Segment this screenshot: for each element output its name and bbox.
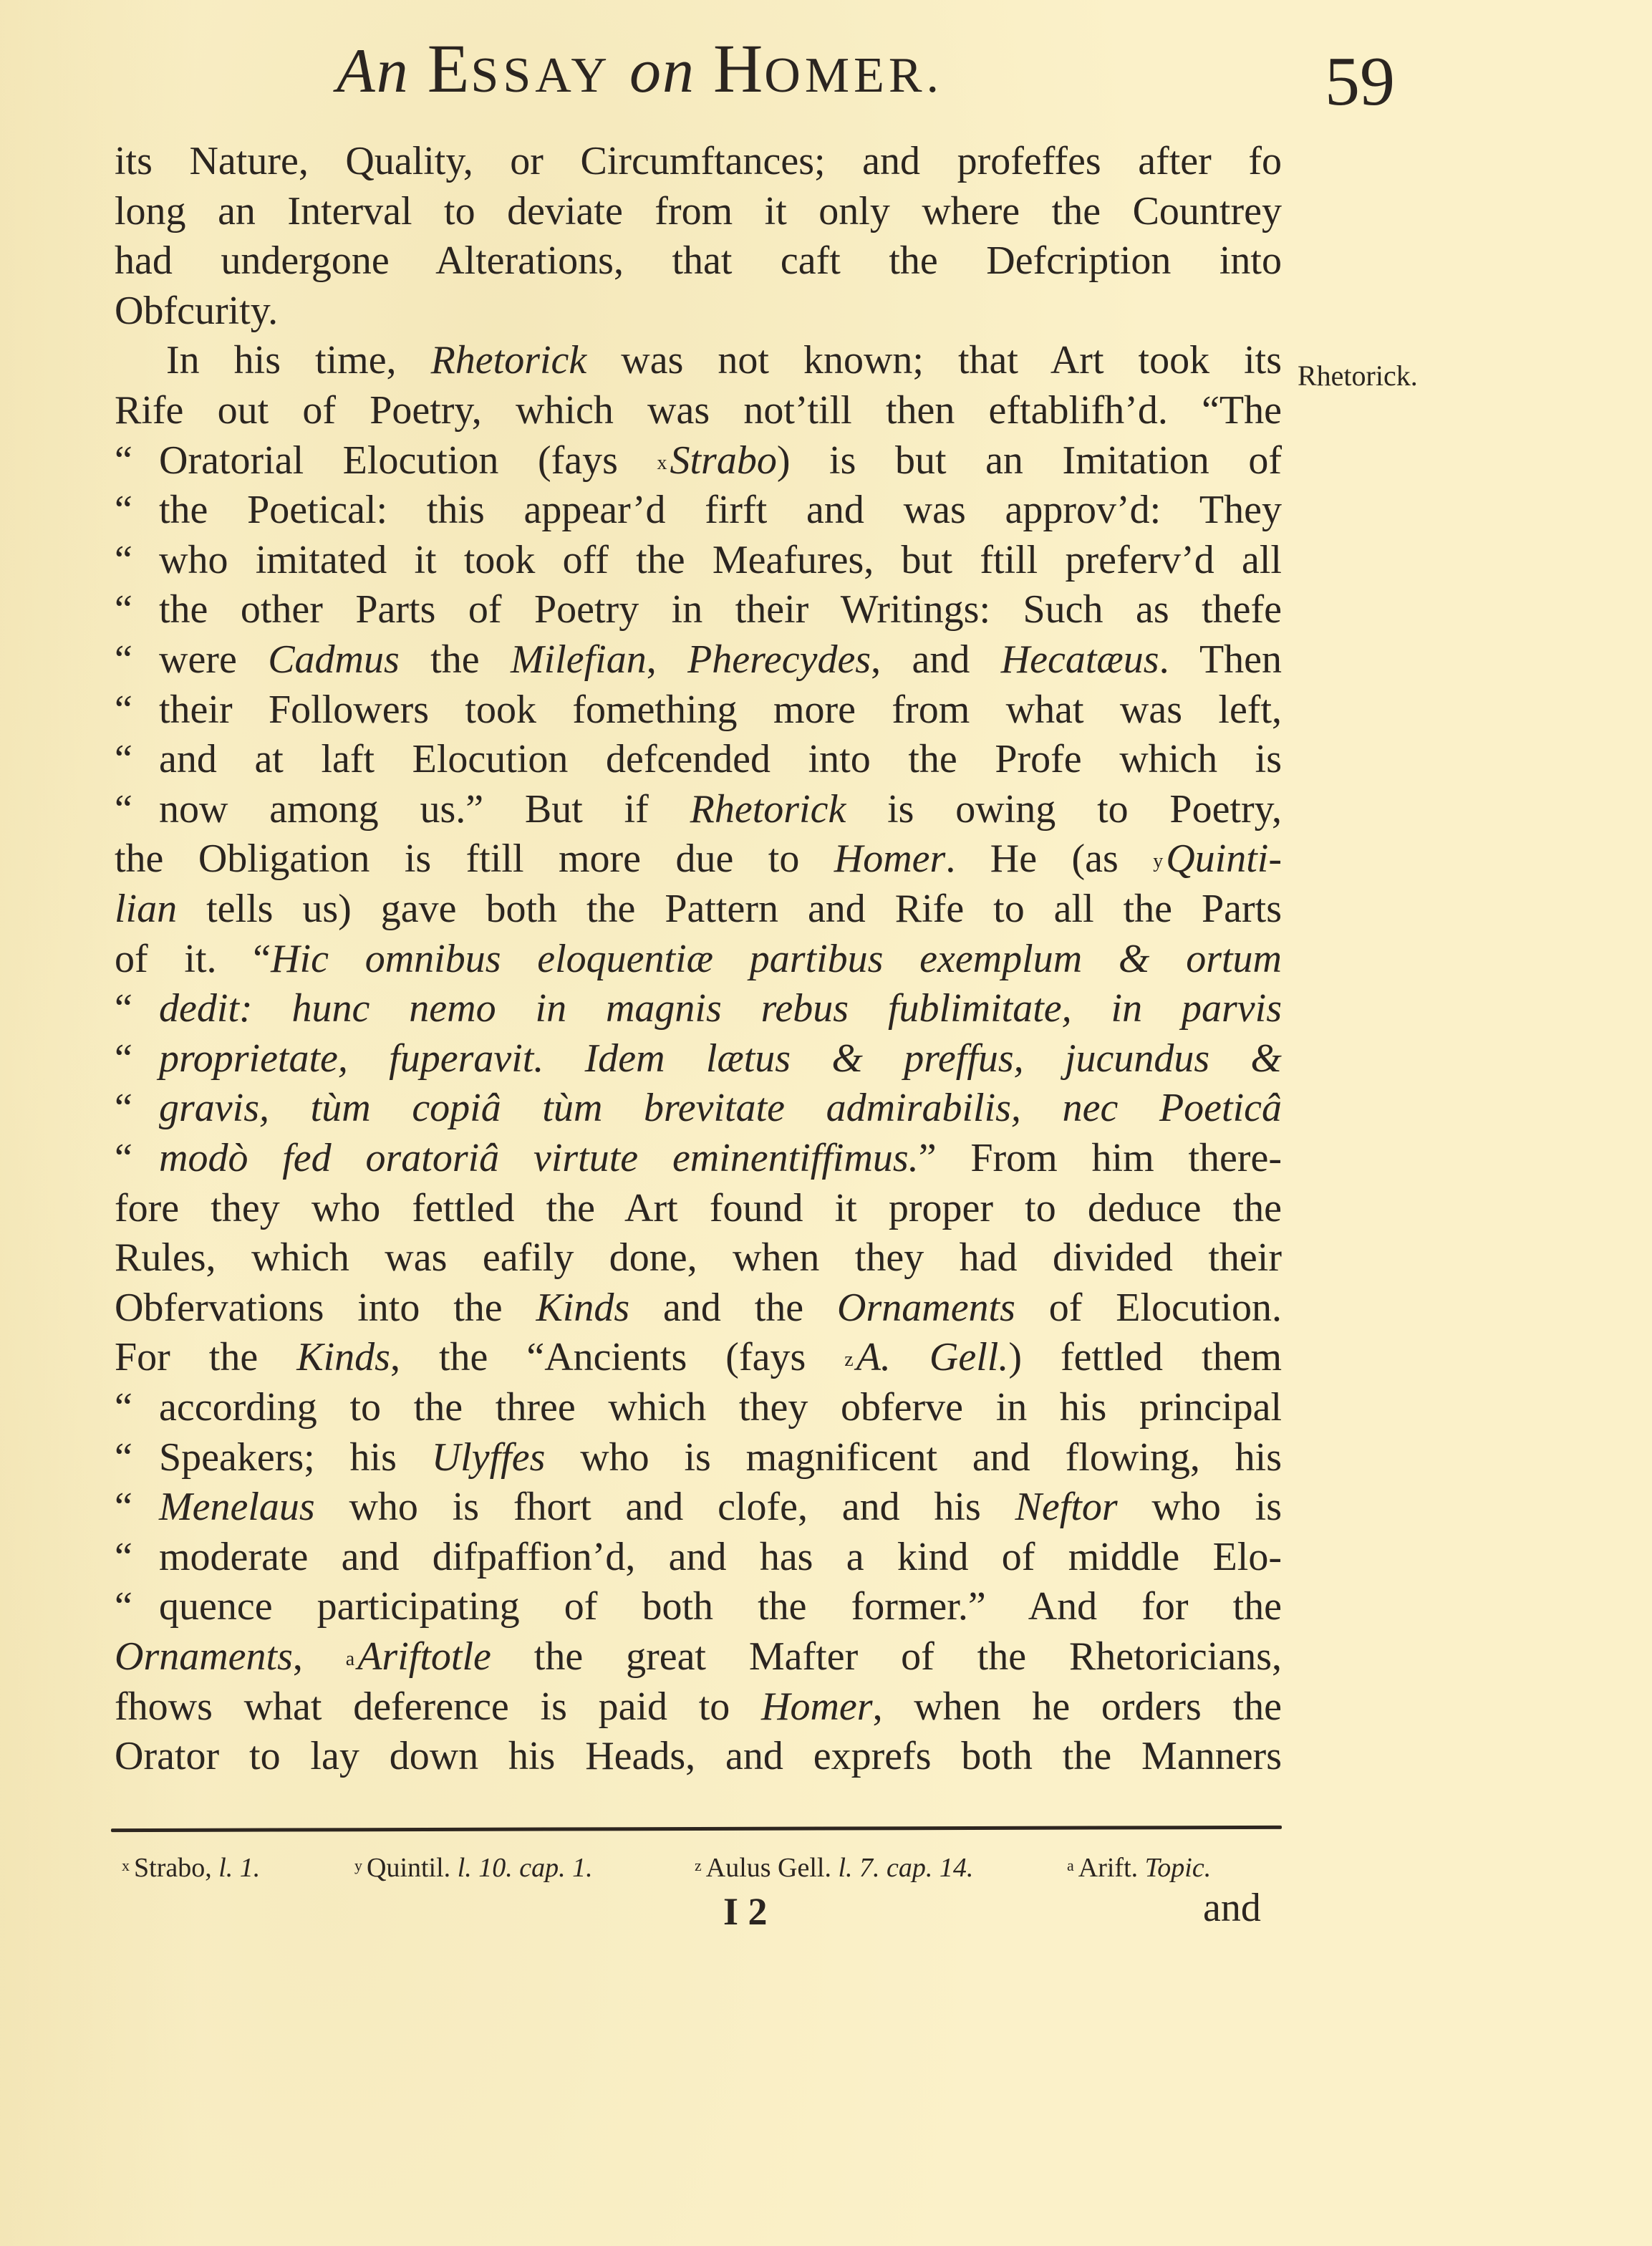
footnote-mark: a [1067, 1856, 1074, 1874]
title-word-homer: OMER. [764, 48, 943, 103]
text-line: Obfcurity. [115, 286, 1282, 336]
text-run: who is [1118, 1485, 1282, 1529]
footnote-source: Strabo, [134, 1853, 218, 1883]
text-run: quence participating of both the former.… [159, 1584, 1282, 1629]
text-run: who is magnificent and flowing, his [545, 1435, 1282, 1480]
quote-mark: “ [115, 635, 159, 685]
text-run: Oratorial Elocution (fays [159, 438, 657, 483]
text-run: Obfcurity. [115, 289, 278, 333]
italic-text: Neftor [1015, 1485, 1118, 1529]
text-run: according to the three which they obferv… [159, 1385, 1282, 1430]
italic-text: lian [115, 887, 177, 931]
footnote-mark: x [122, 1856, 130, 1874]
footnote-source: Aulus Gell. [706, 1853, 839, 1883]
footnote-y: yQuintil. l. 10. cap. 1. [354, 1852, 593, 1884]
text-line: “Oratorial Elocution (fays xStrabo) is b… [115, 435, 1282, 486]
text-line: “Speakers; his Ulyffes who is magnificen… [115, 1432, 1282, 1483]
quote-mark: “ [115, 1033, 159, 1084]
text-run: of it. “ [115, 937, 271, 981]
italic-text: Strabo [670, 438, 776, 483]
title-initial-e: E [428, 30, 471, 107]
text-line: “the other Parts of Poetry in their Writ… [115, 584, 1282, 635]
footnote-mark: y [354, 1856, 362, 1874]
text-run: the great Mafter of the Rhetoricians, [491, 1634, 1282, 1679]
footnote-mark: z [695, 1856, 702, 1874]
text-run: ” From him there- [919, 1136, 1282, 1180]
text-line: of it. “Hic omnibus eloquentiæ partibus … [115, 934, 1282, 984]
text-run: Speakers; his [159, 1435, 432, 1480]
text-run: the Obligation is ftill more due to [115, 837, 834, 881]
quote-mark: “ [115, 685, 159, 735]
quote-mark: “ [115, 734, 159, 784]
title-initial-h: H [713, 30, 764, 107]
text-run: fhows what deference is paid to [115, 1684, 761, 1729]
footnote-source: Arift. [1078, 1853, 1145, 1883]
italic-text: gravis, tùm copiâ tùm brevitate admirabi… [159, 1086, 1282, 1130]
text-line: Rife out of Poetry, which was not’till t… [115, 385, 1282, 435]
quote-mark: “ [115, 1382, 159, 1432]
quote-mark: “ [115, 1532, 159, 1582]
text-line: In his time, Rhetorick was not known; th… [115, 335, 1282, 385]
text-run: In his time, [166, 338, 431, 382]
text-run: tells us) gave both the Pattern and Rife… [177, 887, 1282, 931]
quote-mark: “ [115, 535, 159, 585]
text-line: its Nature, Quality, or Circumftances; a… [115, 136, 1282, 186]
quote-mark: “ [115, 1581, 159, 1632]
text-run: For the [115, 1335, 296, 1379]
italic-text: Ulyffes [432, 1435, 546, 1480]
italic-text: Kinds [536, 1286, 629, 1330]
running-header: An ESSAY on HOMER. 59 [0, 29, 1652, 129]
footnotes: xStrabo, l. 1.yQuintil. l. 10. cap. 1.zA… [122, 1852, 1282, 1888]
text-line: “quence participating of both the former… [115, 1581, 1282, 1632]
text-run: the [400, 637, 511, 682]
text-line: fhows what deference is paid to Homer, w… [115, 1682, 1282, 1732]
text-run: Orator to lay down his Heads, and expref… [115, 1734, 1282, 1778]
text-line: “who imitated it took off the Meafures, … [115, 535, 1282, 585]
text-run: their Followers took fomething more from… [159, 688, 1282, 732]
text-line: “modò fed oratoriâ virtute eminentiffimu… [115, 1133, 1282, 1183]
text-run: and at laft Elocution defcended into the… [159, 737, 1282, 781]
quote-mark: “ [115, 1432, 159, 1483]
text-run: . Then [1159, 637, 1282, 682]
text-line: “their Followers took fomething more fro… [115, 685, 1282, 735]
quote-mark: “ [115, 435, 159, 486]
footnote-reference: l. 7. cap. 14. [838, 1853, 973, 1883]
footnote-marker: x [657, 452, 667, 474]
italic-text: Ornaments [837, 1286, 1015, 1330]
italic-text: proprietate, fuperavit. Idem lætus & pre… [159, 1036, 1282, 1081]
footnote-reference: Topic. [1145, 1853, 1212, 1883]
text-line: “moderate and difpaffion’d, and has a ki… [115, 1532, 1282, 1582]
page-number: 59 [1325, 42, 1395, 122]
text-run: the other Parts of Poetry in their Writi… [159, 587, 1282, 632]
text-run: . He (as [945, 837, 1153, 881]
italic-text: Hecatæus [1001, 637, 1159, 682]
text-run: who imitated it took off the Meafures, b… [159, 538, 1282, 582]
text-run: who is fhort and clofe, and his [315, 1485, 1015, 1529]
text-run: , when he orders the [873, 1684, 1282, 1729]
italic-text: Cadmus [268, 637, 400, 682]
italic-text: Menelaus [159, 1485, 315, 1529]
text-line: “gravis, tùm copiâ tùm brevitate admirab… [115, 1083, 1282, 1133]
text-line: “were Cadmus the Milefian, Pherecydes, a… [115, 635, 1282, 685]
quote-mark: “ [115, 584, 159, 635]
italic-text: Homer [761, 1684, 873, 1729]
italic-text: Ornaments [115, 1634, 293, 1679]
italic-text: Homer [834, 837, 946, 881]
text-run: ) is but an Imitation of [777, 438, 1282, 483]
text-run: its Nature, Quality, or Circumftances; a… [115, 139, 1282, 183]
text-run: ) fettled them [1008, 1335, 1282, 1379]
text-line: “dedit: hunc nemo in magnis rebus fublim… [115, 983, 1282, 1033]
quote-mark: “ [115, 1133, 159, 1183]
text-run: , and [871, 637, 1001, 682]
running-title: An ESSAY on HOMER. [337, 29, 943, 108]
text-line: “according to the three which they obfer… [115, 1382, 1282, 1432]
text-line: long an Interval to deviate from it only… [115, 186, 1282, 236]
italic-text: Quinti- [1166, 837, 1282, 881]
quote-mark: “ [115, 1083, 159, 1133]
text-run: now among us.” But if [159, 787, 690, 832]
title-word-essay: SSAY [470, 48, 612, 103]
catchword: and [1203, 1885, 1261, 1931]
text-run: , [293, 1634, 346, 1679]
title-word-on: on [629, 37, 695, 106]
text-line: lian tells us) gave both the Pattern and… [115, 884, 1282, 934]
italic-text: Pherecydes [687, 637, 871, 682]
text-run: , the “Ancients (fays [390, 1335, 844, 1379]
title-word-an: An [337, 37, 410, 106]
text-line: Orator to lay down his Heads, and expref… [115, 1731, 1282, 1781]
text-line: “proprietate, fuperavit. Idem lætus & pr… [115, 1033, 1282, 1084]
footnote-rule [111, 1826, 1282, 1832]
italic-text: Rhetorick [690, 787, 846, 832]
text-line: “the Poetical: this appear’d firft and w… [115, 485, 1282, 535]
text-line: “Menelaus who is fhort and clofe, and hi… [115, 1482, 1282, 1532]
text-line: Ornaments, aAriftotle the great Mafter o… [115, 1632, 1282, 1682]
footnote-marker: z [844, 1349, 853, 1371]
italic-text: Kinds [296, 1335, 390, 1379]
footnote-marker: a [346, 1648, 354, 1670]
footnote-reference: l. 1. [218, 1853, 260, 1883]
signature-mark: I 2 [723, 1889, 768, 1934]
text-run: and the [629, 1286, 837, 1330]
text-run: Rife out of Poetry, which was not’till t… [115, 388, 1282, 433]
text-line: Rules, which was eafily done, when they … [115, 1233, 1282, 1283]
text-run: moderate and difpaffion’d, and has a kin… [159, 1535, 1282, 1579]
text-run: long an Interval to deviate from it only… [115, 189, 1282, 233]
text-line: “and at laft Elocution defcended into th… [115, 734, 1282, 784]
quote-mark: “ [115, 485, 159, 535]
text-run: the Poetical: this appear’d firft and wa… [159, 488, 1282, 532]
text-line: “now among us.” But if Rhetorick is owin… [115, 784, 1282, 834]
text-run: fore they who fettled the Art found it p… [115, 1186, 1282, 1230]
italic-text: Milefian [511, 637, 647, 682]
footnote-a: aArift. Topic. [1067, 1852, 1211, 1884]
text-run: Rules, which was eafily done, when they … [115, 1235, 1282, 1280]
text-line: had undergone Alterations, that caft the… [115, 236, 1282, 286]
text-line: Obfervations into the Kinds and the Orna… [115, 1283, 1282, 1333]
text-run: had undergone Alterations, that caft the… [115, 238, 1282, 283]
footnote-marker: y [1153, 850, 1163, 872]
text-run: was not known; that Art took its [586, 338, 1282, 382]
italic-text: Ariftotle [357, 1634, 491, 1679]
italic-text: modò fed oratoriâ virtute eminentiffimus… [159, 1136, 919, 1180]
footnote-z: zAulus Gell. l. 7. cap. 14. [695, 1852, 973, 1884]
text-run: Obfervations into the [115, 1286, 536, 1330]
text-line: the Obligation is ftill more due to Home… [115, 834, 1282, 884]
text-run: is owing to Poetry, [846, 787, 1282, 832]
italic-text: A. Gell. [856, 1335, 1009, 1379]
footnote-source: Quintil. [367, 1853, 458, 1883]
footnote-x: xStrabo, l. 1. [122, 1852, 260, 1884]
italic-text: dedit: hunc nemo in magnis rebus fublimi… [159, 986, 1282, 1031]
italic-text: Rhetorick [431, 338, 587, 382]
quote-mark: “ [115, 983, 159, 1033]
footnote-reference: l. 10. cap. 1. [458, 1853, 593, 1883]
text-line: fore they who fettled the Art found it p… [115, 1183, 1282, 1233]
quote-mark: “ [115, 1482, 159, 1532]
quote-mark: “ [115, 784, 159, 834]
italic-text: Hic omnibus eloquentiæ partibus exemplum… [271, 937, 1282, 981]
text-line: For the Kinds, the “Ancients (fays zA. G… [115, 1332, 1282, 1382]
text-run: of Elocution. [1015, 1286, 1282, 1330]
text-run: were [159, 637, 268, 682]
margin-note-rhetorick: Rhetorick. [1298, 351, 1418, 401]
text-run: , [647, 637, 687, 682]
